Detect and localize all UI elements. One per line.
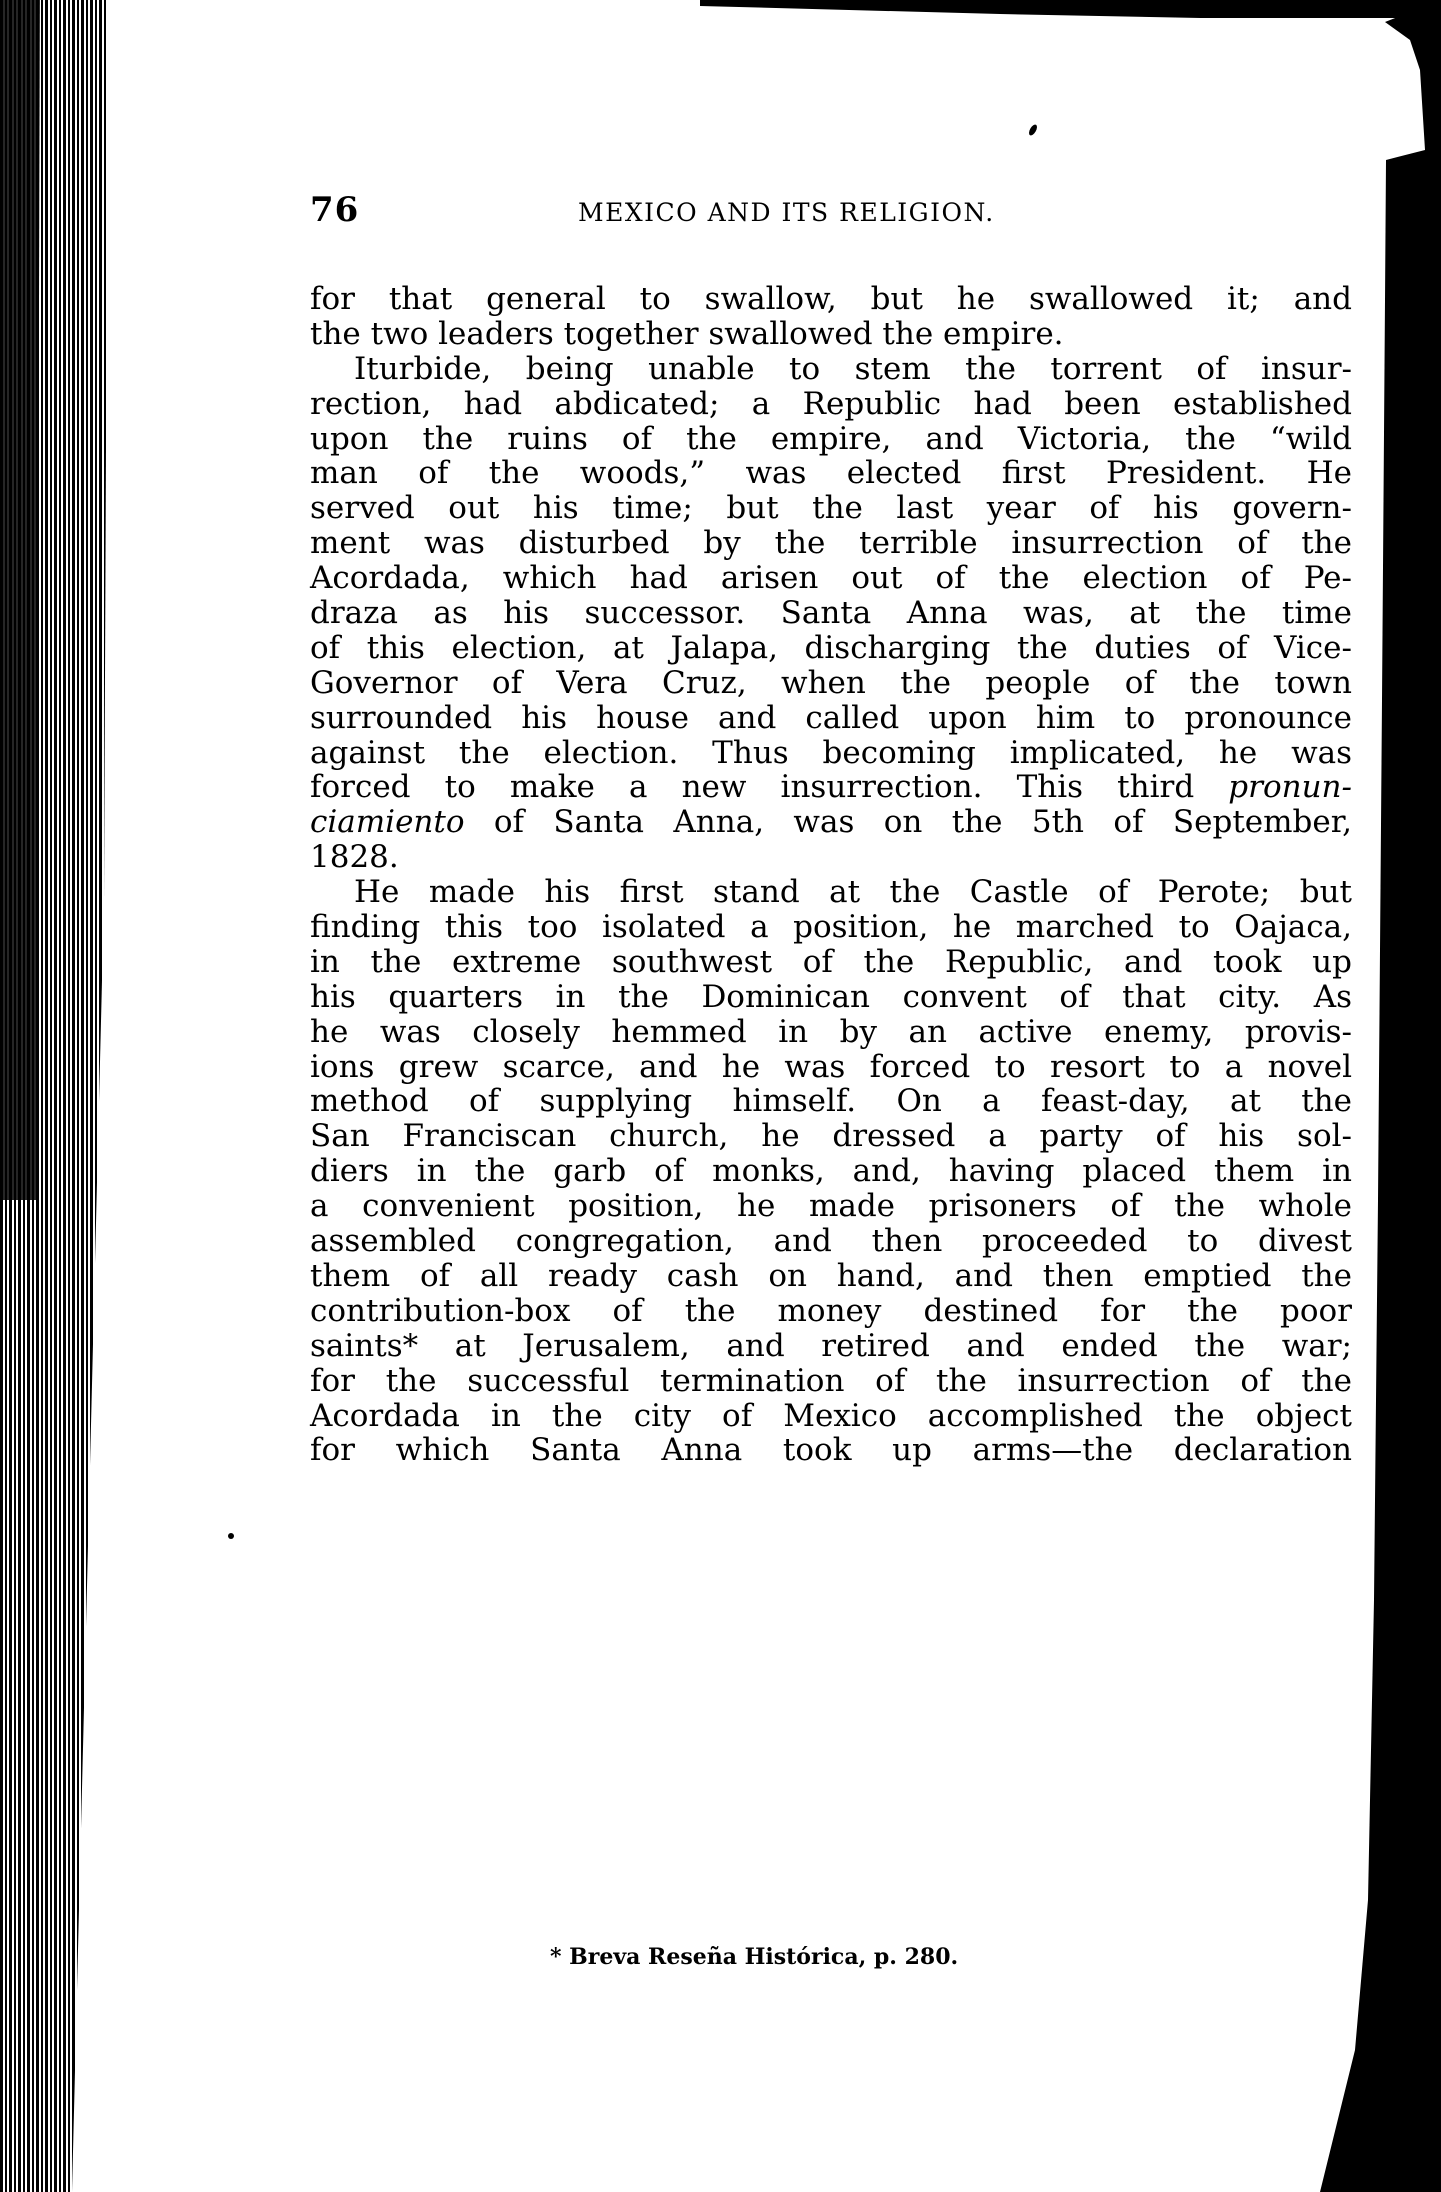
scan-top-border — [700, 0, 1441, 18]
italic-term: ciamiento — [310, 804, 465, 840]
scan-speck — [1027, 123, 1038, 136]
text-line: upon the ruins of the empire, and Victor… — [310, 422, 1352, 457]
text-line: of this election, at Jalapa, discharging… — [310, 631, 1352, 666]
text-segment: of Santa Anna, was on the 5th of Septemb… — [465, 804, 1352, 840]
text-line: in the extreme southwest of the Republic… — [310, 945, 1352, 980]
page-header: 76 MEXICO AND ITS RELIGION. — [310, 190, 1100, 230]
text-line: surrounded his house and called upon him… — [310, 701, 1352, 736]
text-line: served out his time; but the last year o… — [310, 491, 1352, 526]
binding-shadow — [0, 0, 40, 1200]
text-line: saints* at Jerusalem, and retired and en… — [310, 1329, 1352, 1364]
text-line: draza as his successor. Santa Anna was, … — [310, 596, 1352, 631]
scan-speck — [228, 1533, 234, 1539]
text-line: the two leaders together swallowed the e… — [310, 317, 1352, 352]
text-line: them of all ready cash on hand, and then… — [310, 1259, 1352, 1294]
text-line: forced to make a new insurrection. This … — [310, 770, 1352, 805]
text-line: ions grew scarce, and he was forced to r… — [310, 1050, 1352, 1085]
text-line: for which Santa Anna took up arms—the de… — [310, 1433, 1352, 1468]
italic-term: pronun- — [1228, 769, 1352, 805]
text-line: finding this too isolated a position, he… — [310, 910, 1352, 945]
text-line: contribution-box of the money destined f… — [310, 1294, 1352, 1329]
text-segment: forced to make a new insurrection. This … — [310, 769, 1228, 805]
text-line: man of the woods,” was elected first Pre… — [310, 456, 1352, 491]
text-line: he was closely hemmed in by an active en… — [310, 1015, 1352, 1050]
text-line: Acordada in the city of Mexico accomplis… — [310, 1399, 1352, 1434]
text-line: ciamiento of Santa Anna, was on the 5th … — [310, 805, 1352, 840]
text-line: San Franciscan church, he dressed a part… — [310, 1119, 1352, 1154]
text-line: 1828. — [310, 840, 1352, 875]
running-head: MEXICO AND ITS RELIGION. — [578, 198, 995, 227]
text-line: ment was disturbed by the terrible insur… — [310, 526, 1352, 561]
text-line: method of supplying himself. On a feast-… — [310, 1084, 1352, 1119]
text-line: diers in the garb of monks, and, having … — [310, 1154, 1352, 1189]
text-line: for that general to swallow, but he swal… — [310, 282, 1352, 317]
page-number: 76 — [310, 190, 359, 230]
text-line: assembled congregation, and then proceed… — [310, 1224, 1352, 1259]
text-line: a convenient position, he made prisoners… — [310, 1189, 1352, 1224]
text-line: against the election. Thus becoming impl… — [310, 736, 1352, 771]
text-line: Acordada, which had arisen out of the el… — [310, 561, 1352, 596]
body-text: for that general to swallow, but he swal… — [310, 282, 1352, 1468]
text-line: Governor of Vera Cruz, when the people o… — [310, 666, 1352, 701]
paragraph-start-line: He made his first stand at the Castle of… — [310, 875, 1352, 910]
paragraph-start-line: Iturbide, being unable to stem the torre… — [310, 352, 1352, 387]
text-line: rection, had abdicated; a Republic had b… — [310, 387, 1352, 422]
footnote: * Breva Reseña Histórica, p. 280. — [550, 1944, 958, 1970]
text-line: his quarters in the Dominican convent of… — [310, 980, 1352, 1015]
text-line: for the successful termination of the in… — [310, 1364, 1352, 1399]
